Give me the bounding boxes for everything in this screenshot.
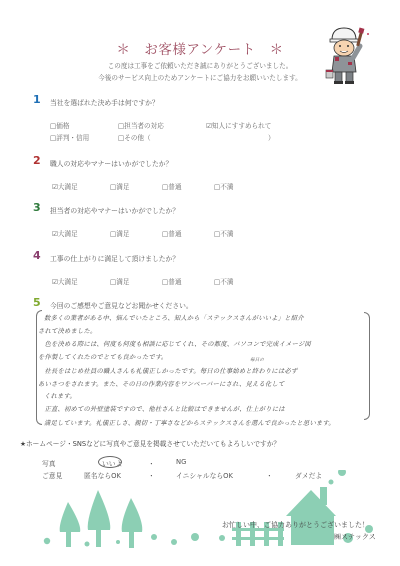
q1-option-other[interactable]: □その他（ [118, 132, 151, 142]
asterisk-left: ＊ [116, 38, 130, 58]
q4-option-average[interactable]: □普通 [162, 276, 181, 286]
question-1-text: 当社を選ばれた決め手は何ですか？ [50, 97, 159, 107]
painter-mascot-icon [322, 24, 370, 86]
q1-option-other-close: ） [268, 132, 275, 142]
comment-line: を作製してくれたのでとても良かったです。 [38, 352, 167, 361]
photo-label: 写真 [42, 458, 56, 468]
question-4-text: 工事の仕上がりに満足して頂けましたか？ [50, 253, 179, 263]
question-5-number: 5 [33, 296, 41, 309]
q1-option-reputation[interactable]: □評判・信用 [50, 132, 89, 142]
q4-option-satisfied[interactable]: □満足 [110, 276, 129, 286]
question-3-number: 3 [33, 201, 41, 214]
intro-line-2: 今後のサービス向上のためアンケートにご協力をお願いいたします。 [30, 72, 370, 82]
question-3-text: 担当者の対応やマナーはいかがでしたか？ [50, 205, 179, 215]
comment-line: 満足しています。礼儀正しさ、親切・丁寧さなどからステックスさんを選んで良かったと… [44, 418, 335, 427]
intro-line-1: この度は工事をご依頼いただき誠にありがとうございました。 [30, 60, 370, 70]
publication-notice: ★ホームページ・SNSなどに写真やご意見を掲載させていただいてもよろしいですか？ [20, 438, 280, 448]
comment-line: 正直、初めての外壁塗装ですので、他社さんと比較はできませんが、仕上がりには [38, 404, 285, 413]
q2-option-satisfied[interactable]: □満足 [110, 181, 129, 191]
q1-option-referral[interactable]: ☑知人にすすめられて [206, 120, 271, 130]
comment-line: あいさつをされます。また、その日の作業内容をワンペーパーにされ、見える化して [38, 379, 284, 388]
q2-option-very-satisfied[interactable]: ☑大満足 [52, 181, 78, 191]
photo-ng-option[interactable]: NG [176, 458, 186, 466]
question-2-text: 職人の対応やマナーはいかがでしたか？ [50, 158, 172, 168]
question-4-number: 4 [33, 249, 41, 262]
photo-separator: ・ [148, 458, 155, 468]
q4-option-dissatisfied[interactable]: □不満 [214, 276, 233, 286]
q3-option-average[interactable]: □普通 [162, 228, 181, 238]
question-5-text: 今回のご感想やご意見などお聞かせください。 [50, 300, 193, 310]
question-2-number: 2 [33, 154, 41, 167]
q1-option-staff[interactable]: □担当者の対応 [118, 120, 164, 130]
comment-line: されて決めました。 [38, 326, 96, 335]
trees-house-scene-icon [0, 470, 400, 566]
comment-line: 数多くの業者がある中、悩んでいたところ、知人から「ステックスさんがいいよ」と紹介 [44, 313, 304, 322]
company-name: ㈱ステックス [334, 532, 376, 542]
q3-option-satisfied[interactable]: □満足 [110, 228, 129, 238]
question-1-number: 1 [33, 93, 41, 106]
comment-line: くれます。 [44, 391, 76, 400]
q2-option-average[interactable]: □普通 [162, 181, 181, 191]
comment-bracket-right [364, 312, 370, 420]
q1-option-price[interactable]: □価格 [50, 120, 69, 130]
asterisk-right: ＊ [270, 38, 284, 58]
q4-option-very-satisfied[interactable]: ☑大満足 [52, 276, 78, 286]
q3-option-very-satisfied[interactable]: ☑大満足 [52, 228, 78, 238]
thanks-message: お忙しい中、ご協力ありがとうございました！ [222, 520, 369, 530]
photo-ok-option[interactable]: いいよ [102, 458, 122, 468]
comment-line: 色を決める際には、何度も何度も相談に応じてくれ、その都度、パソコンで完成イメージ… [38, 339, 311, 348]
title-text: お客様アンケート [144, 42, 255, 58]
q3-option-dissatisfied[interactable]: □不満 [214, 228, 233, 238]
comment-line: 社長をはじめ社員の職人さんも礼儀正しかったです。毎日の仕事始めと終わりには必ず [38, 366, 297, 375]
q2-option-dissatisfied[interactable]: □不満 [214, 181, 233, 191]
insertion-note: 毎日の [250, 357, 264, 363]
